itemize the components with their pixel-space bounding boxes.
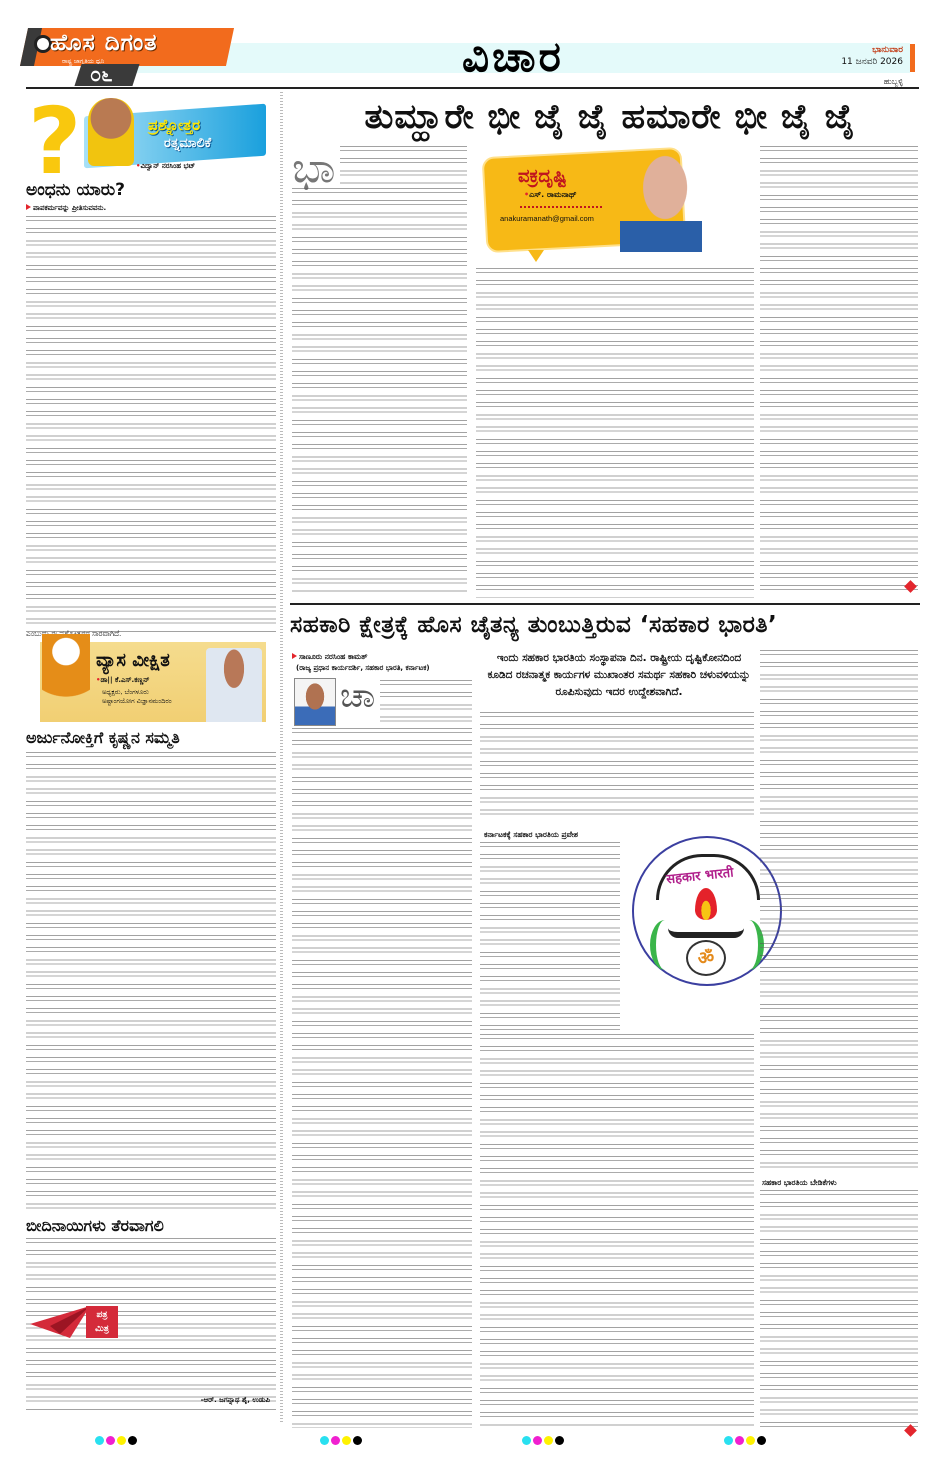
- second-article-column-2-lower: [480, 1034, 754, 1428]
- vyasa-role: ಅಧ್ಯಕ್ಷರು, ಬೆಂಗಳೂರು ಅಷ್ಟಾಂಗಯೋಗ ವಿಜ್ಞಾನಮಂ…: [102, 688, 172, 706]
- pull-quote: ಇಂದು ಸಹಕಾರ ಭಾರತಿಯ ಸಂಸ್ಥಾಪನಾ ದಿನ. ರಾಷ್ಟ್ರ…: [484, 650, 754, 701]
- registration-marks: [95, 1436, 137, 1445]
- magenta-dot: [735, 1436, 744, 1445]
- yellow-dot: [746, 1436, 755, 1445]
- vyasa-column-banner: ವ್ಯಾಸ ವೀಕ್ಷಿತ •ಡಾ|| ಕೆ.ಎಸ್.ಕಣ್ಣನ್ ಅಧ್ಯಕ್…: [40, 642, 266, 722]
- letter-signature: -ಆರ್. ಜಗನ್ನಾಥ ಶೈ, ಉಡುಪಿ: [201, 1396, 270, 1405]
- lamp-icon: [668, 928, 744, 938]
- qa-headline[interactable]: ಅಂಧನು ಯಾರು?: [26, 180, 125, 200]
- demands-list: [760, 1190, 918, 1428]
- accent-bar: [910, 44, 915, 72]
- qa-column-banner: ? ಪ್ರಶ್ನೋತ್ತರ ರತ್ನಮಾಲಿಕೆ •ವಿದ್ವಾನ್ ನರಸಿಂ…: [26, 96, 276, 178]
- masthead: ಹೊಸ ದಿಗಂತ ರಾಷ್ಟ್ರ ಜಾಗೃತಿಯ ಧ್ವನಿ ೦೬ ವಿಚಾರ…: [0, 0, 945, 88]
- second-article-column-2: [480, 712, 754, 822]
- main-article-column-1: [292, 146, 467, 594]
- cyan-dot: [724, 1436, 733, 1445]
- qa-body-text: [26, 216, 276, 634]
- om-icon: ॐ: [686, 940, 726, 976]
- subhead-demands: ಸಹಕಾರ ಭಾರತಿಯ ಬೇಡಿಕೆಗಳು: [762, 1178, 837, 1188]
- header-rule: [26, 87, 919, 89]
- question-mark-icon: ?: [28, 88, 81, 195]
- second-article-column-1: [292, 728, 472, 1428]
- dotted-divider: [520, 206, 602, 208]
- magenta-dot: [533, 1436, 542, 1445]
- second-article-role: (ರಾಜ್ಯ ಪ್ರಧಾನ ಕಾರ್ಯದರ್ಶಿ, ಸಹಕಾರ ಭಾರತಿ, ಕ…: [296, 664, 430, 673]
- yellow-dot: [544, 1436, 553, 1445]
- black-dot: [128, 1436, 137, 1445]
- vyasa-body-text: [26, 752, 276, 1214]
- date-label: 11 ಜನವರಿ 2026: [841, 56, 903, 68]
- cyan-dot: [320, 1436, 329, 1445]
- page-number: ೦೬: [90, 62, 112, 86]
- leaf-icon: [650, 920, 680, 970]
- qa-title-line2: ರತ್ನಮಾಲಿಕೆ: [164, 136, 211, 151]
- author-photo: [620, 148, 702, 252]
- main-article-headline[interactable]: ತುಮ್ಹಾರೇ ಭೀ ಜೈ ಜೈ ಹಮಾರೇ ಭೀ ಜೈ ಜೈ: [300, 97, 920, 137]
- second-article-column-3: [760, 650, 918, 1170]
- vyasa-role-line1: ಅಧ್ಯಕ್ಷರು, ಬೆಂಗಳೂರು: [102, 688, 172, 697]
- second-article-headline[interactable]: ಸಹಕಾರಿ ಕ್ಷೇತ್ರಕ್ಕೆ ಹೊಸ ಚೈತನ್ಯ ತುಂಬುತ್ತಿರ…: [290, 612, 920, 638]
- newspaper-logo[interactable]: ಹೊಸ ದಿಗಂತ: [50, 30, 157, 56]
- speech-tail: [528, 250, 544, 262]
- qa-author: ವಿದ್ವಾನ್ ನರಸಿಂಹ ಭಟ್: [140, 162, 195, 170]
- yellow-dot: [342, 1436, 351, 1445]
- vyasa-title: ವ್ಯಾಸ ವೀಕ್ಷಿತ: [96, 650, 170, 671]
- subhead-karnataka-entry: ಕರ್ನಾಟಕಕ್ಕೆ ಸಹಕಾರ ಭಾರತಿಯ ಪ್ರವೇಶ: [484, 830, 578, 840]
- day-label: ಭಾನುವಾರ: [841, 44, 903, 56]
- qa-subhead: ಪಾಪಕರ್ಮವನ್ನು ಪ್ರೀತಿಸುವವನು.: [26, 204, 106, 213]
- qa-title-line1: ಪ್ರಶ್ನೋತ್ತರ: [148, 116, 200, 134]
- lead-text: [380, 680, 472, 726]
- author-photo: [88, 98, 134, 166]
- black-dot: [757, 1436, 766, 1445]
- second-article-byline: ಸಾಣೂರು ನರಸಿಂಹ ಕಾಮತ್: [292, 652, 368, 662]
- author-email-link[interactable]: anakuramanath@gmail.com: [500, 214, 594, 223]
- registration-marks: [320, 1436, 362, 1445]
- lead-text: [340, 146, 467, 186]
- vyasa-author: ಡಾ|| ಕೆ.ಎಸ್.ಕಣ್ಣನ್: [100, 676, 149, 684]
- column-author: ಎಸ್. ರಾಮನಾಥ್: [529, 190, 577, 199]
- paper-plane-icon: [30, 1304, 90, 1340]
- karnataka-entry-text: [480, 842, 620, 1032]
- cyan-dot: [95, 1436, 104, 1445]
- section-title: ವಿಚಾರ: [462, 32, 564, 82]
- qa-byline: •ವಿದ್ವಾನ್ ನರಸಿಂಹ ಭಟ್: [136, 162, 195, 171]
- date-block: ಭಾನುವಾರ 11 ಜನವರಿ 2026 ಹುಬ್ಬಳ್ಳಿ: [841, 44, 903, 88]
- main-article-column-3: [760, 146, 918, 594]
- left-column: ? ಪ್ರಶ್ನೋತ್ತರ ರತ್ನಮಾಲಿಕೆ •ವಿದ್ವಾನ್ ನರಸಿಂ…: [26, 92, 276, 1422]
- body-text: [292, 188, 467, 594]
- patra-mitra-badge: ಪತ್ರ ಮಿತ್ರ: [86, 1306, 118, 1338]
- drop-cap: ಚಾ: [340, 678, 375, 716]
- magenta-dot: [106, 1436, 115, 1445]
- column-divider: [280, 92, 283, 1422]
- vyasa-headline[interactable]: ಅರ್ಜುನೋಕ್ತಿಗೆ ಕೃಷ್ಣನ ಸಮ್ಮತಿ: [26, 728, 180, 748]
- author-photo: [294, 678, 336, 726]
- column-title: ವಕ್ರದೃಷ್ಟಿ: [518, 166, 567, 187]
- vyasa-byline: •ಡಾ|| ಕೆ.ಎಸ್.ಕಣ್ಣನ್: [96, 676, 149, 685]
- vyasa-role-line2: ಅಷ್ಟಾಂಗಯೋಗ ವಿಜ್ಞಾನಮಂದಿರಂ: [102, 697, 172, 706]
- registration-marks: [522, 1436, 564, 1445]
- cyan-dot: [522, 1436, 531, 1445]
- column-byline: •ಎಸ್. ರಾಮನಾಥ್: [524, 190, 577, 200]
- yellow-dot: [117, 1436, 126, 1445]
- registration-marks: [724, 1436, 766, 1445]
- black-dot: [353, 1436, 362, 1445]
- author-photo: [206, 648, 262, 722]
- black-dot: [555, 1436, 564, 1445]
- badge-line2: ಮಿತ್ರ: [86, 1322, 118, 1336]
- letter-headline[interactable]: ಬೀದಿನಾಯಿಗಳು ತೆರವಾಗಲಿ: [26, 1216, 164, 1236]
- main-article-column-2: [476, 268, 754, 598]
- sage-illustration: [42, 634, 90, 722]
- article-divider: [290, 603, 920, 605]
- magenta-dot: [331, 1436, 340, 1445]
- badge-line1: ಪತ್ರ: [86, 1308, 118, 1322]
